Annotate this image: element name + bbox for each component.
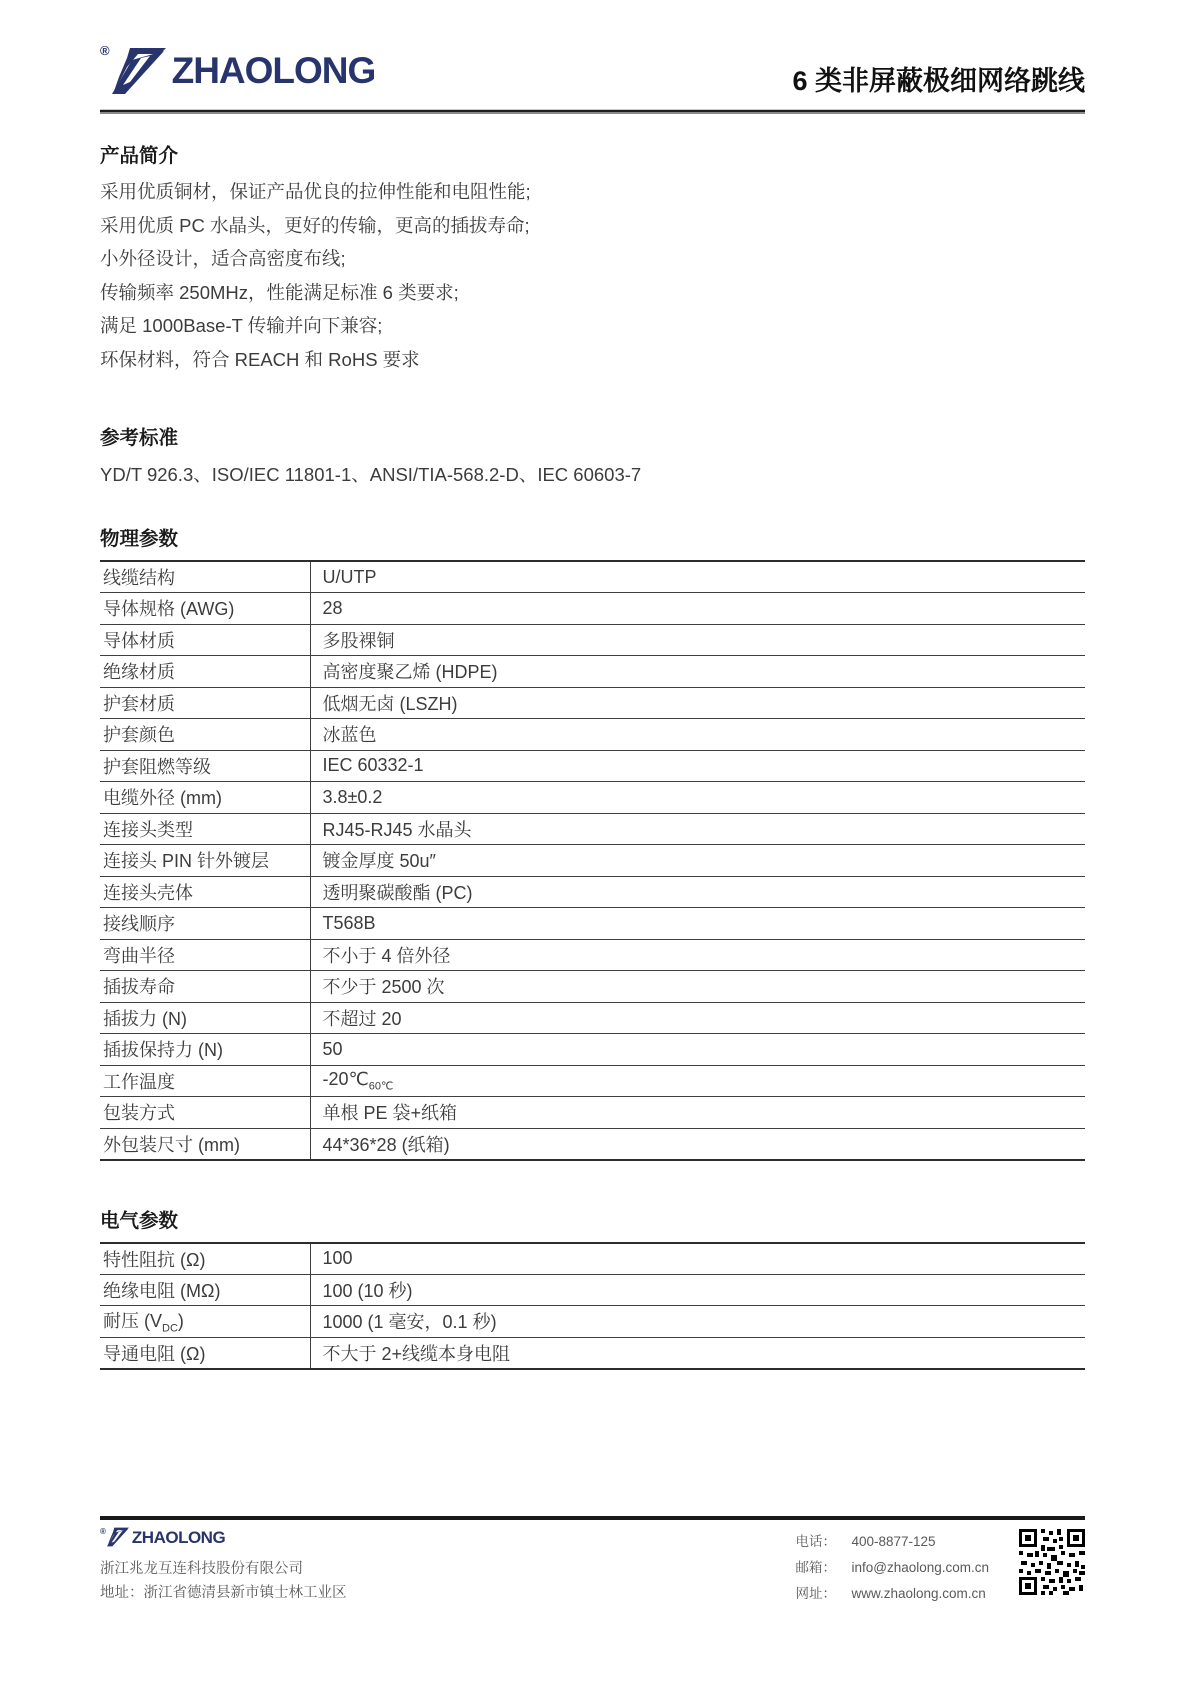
row-label: 护套阻燃等级: [100, 750, 310, 782]
table-row: 特性阻抗 (Ω)100: [100, 1243, 1085, 1275]
row-value: 50: [310, 1034, 1085, 1066]
row-label: 工作温度: [100, 1065, 310, 1097]
intro-line: 采用优质 PC 水晶头，更好的传输，更高的插拔寿命;: [100, 209, 1085, 243]
row-value: 高密度聚乙烯 (HDPE): [310, 656, 1085, 688]
row-label: 导通电阻 (Ω): [100, 1337, 310, 1369]
section-intro: 产品简介 采用优质铜材，保证产品优良的拉伸性能和电阻性能;采用优质 PC 水晶头…: [100, 140, 1085, 376]
intro-line: 传输频率 250MHz，性能满足标准 6 类要求;: [100, 276, 1085, 310]
intro-line: 小外径设计，适合高密度布线;: [100, 242, 1085, 276]
row-value: U/UTP: [310, 561, 1085, 593]
row-label: 连接头壳体: [100, 876, 310, 908]
standards-heading: 参考标准: [100, 422, 1085, 450]
qr-code-icon: [1019, 1529, 1085, 1600]
header-divider: [100, 109, 1085, 114]
row-value: 低烟无卤 (LSZH): [310, 687, 1085, 719]
footer-logo-wordmark: ZHAOLONG: [132, 1527, 225, 1549]
row-value: 1000 (1 毫安，0.1 秒): [310, 1306, 1085, 1338]
footer-zhaolong-logo: ® ZHAOLONG: [100, 1527, 620, 1551]
table-row: 弯曲半径不小于 4 倍外径: [100, 939, 1085, 971]
table-row: 绝缘电阻 (MΩ)100 (10 秒): [100, 1274, 1085, 1306]
logo-wordmark: ZHAOLONG: [172, 47, 376, 95]
row-value: RJ45-RJ45 水晶头: [310, 813, 1085, 845]
footer-contacts: 电话：400-8877-125邮箱：info@zhaolong.com.cn网址…: [795, 1529, 989, 1607]
row-label: 特性阻抗 (Ω): [100, 1243, 310, 1275]
row-value: 冰蓝色: [310, 719, 1085, 751]
row-label: 绝缘材质: [100, 656, 310, 688]
row-label: 弯曲半径: [100, 939, 310, 971]
footer-divider: [100, 1516, 1085, 1520]
row-value: 不小于 4 倍外径: [310, 939, 1085, 971]
contact-row: 电话：400-8877-125: [795, 1529, 989, 1555]
row-label: 包装方式: [100, 1097, 310, 1129]
row-value: 镀金厚度 50u″: [310, 845, 1085, 877]
section-standards: 参考标准 YD/T 926.3、ISO/IEC 11801-1、ANSI/TIA…: [100, 422, 1085, 491]
row-value: 不少于 2500 次: [310, 971, 1085, 1003]
section-electrical: 电气参数 特性阻抗 (Ω)100绝缘电阻 (MΩ)100 (10 秒)耐压 (V…: [100, 1205, 1085, 1370]
row-value: 多股裸铜: [310, 624, 1085, 656]
row-label: 绝缘电阻 (MΩ): [100, 1274, 310, 1306]
table-row: 导体规格 (AWG)28: [100, 593, 1085, 625]
row-label: 导体规格 (AWG): [100, 593, 310, 625]
contact-label: 电话：: [795, 1529, 841, 1555]
row-label: 护套颜色: [100, 719, 310, 751]
page-header: ® ZHAOLONG 6 类非屏蔽极细网络跳线: [100, 0, 1085, 100]
registered-trademark-icon: ®: [100, 43, 110, 58]
page-title: 6 类非屏蔽极细网络跳线: [792, 66, 1085, 100]
row-value: T568B: [310, 908, 1085, 940]
company-name: 浙江兆龙互连科技股份有限公司: [100, 1557, 620, 1581]
table-row: 连接头类型RJ45-RJ45 水晶头: [100, 813, 1085, 845]
electrical-parameters-table: 特性阻抗 (Ω)100绝缘电阻 (MΩ)100 (10 秒)耐压 (VDC)10…: [100, 1242, 1085, 1370]
row-label: 插拔保持力 (N): [100, 1034, 310, 1066]
table-row: 绝缘材质高密度聚乙烯 (HDPE): [100, 656, 1085, 688]
row-label: 连接头 PIN 针外镀层: [100, 845, 310, 877]
row-label: 线缆结构: [100, 561, 310, 593]
table-row: 插拔力 (N)不超过 20: [100, 1002, 1085, 1034]
intro-line: 满足 1000Base-T 传输并向下兼容;: [100, 309, 1085, 343]
row-label: 连接头类型: [100, 813, 310, 845]
table-row: 护套阻燃等级IEC 60332-1: [100, 750, 1085, 782]
table-row: 电缆外径 (mm)3.8±0.2: [100, 782, 1085, 814]
table-row: 插拔寿命不少于 2500 次: [100, 971, 1085, 1003]
intro-heading: 产品简介: [100, 140, 1085, 168]
datasheet-page: ® ZHAOLONG 6 类非屏蔽极细网络跳线 产品简介 采用优质铜材，保证产品…: [0, 0, 1190, 1683]
table-row: 护套材质低烟无卤 (LSZH): [100, 687, 1085, 719]
contact-value: www.zhaolong.com.cn: [851, 1581, 985, 1607]
contact-value: 400-8877-125: [851, 1529, 935, 1555]
zhaolong-logo-mark-icon: [107, 1527, 129, 1552]
table-row: 导通电阻 (Ω)不大于 2+线缆本身电阻: [100, 1337, 1085, 1369]
page-footer: ® ZHAOLONG 浙江兆龙互连科技股份有限公司 地址：浙江省德清县新市镇士林…: [100, 1527, 1085, 1607]
row-value: 不大于 2+线缆本身电阻: [310, 1337, 1085, 1369]
physical-parameters-table: 线缆结构U/UTP导体规格 (AWG)28导体材质多股裸铜绝缘材质高密度聚乙烯 …: [100, 560, 1085, 1161]
intro-line: 采用优质铜材，保证产品优良的拉伸性能和电阻性能;: [100, 175, 1085, 209]
table-row: 包装方式单根 PE 袋+纸箱: [100, 1097, 1085, 1129]
intro-line: 环保材料，符合 REACH 和 RoHS 要求: [100, 343, 1085, 377]
contact-label: 邮箱：: [795, 1555, 841, 1581]
physical-heading: 物理参数: [100, 523, 1085, 551]
table-row: 护套颜色冰蓝色: [100, 719, 1085, 751]
footer-company-block: ® ZHAOLONG 浙江兆龙互连科技股份有限公司 地址：浙江省德清县新市镇士林…: [100, 1527, 620, 1605]
table-row: 线缆结构U/UTP: [100, 561, 1085, 593]
contact-value: info@zhaolong.com.cn: [851, 1555, 989, 1581]
row-value: 44*36*28 (纸箱): [310, 1128, 1085, 1160]
contact-row: 网址：www.zhaolong.com.cn: [795, 1581, 989, 1607]
electrical-table-body: 特性阻抗 (Ω)100绝缘电阻 (MΩ)100 (10 秒)耐压 (VDC)10…: [100, 1243, 1085, 1369]
row-value: 100: [310, 1243, 1085, 1275]
table-row: 工作温度-20℃60℃: [100, 1065, 1085, 1097]
zhaolong-logo-mark-icon: [112, 47, 166, 100]
table-row: 插拔保持力 (N)50: [100, 1034, 1085, 1066]
row-value: 透明聚碳酸酯 (PC): [310, 876, 1085, 908]
row-value: IEC 60332-1: [310, 750, 1085, 782]
row-label: 插拔寿命: [100, 971, 310, 1003]
table-row: 连接头壳体透明聚碳酸酯 (PC): [100, 876, 1085, 908]
section-physical: 物理参数 线缆结构U/UTP导体规格 (AWG)28导体材质多股裸铜绝缘材质高密…: [100, 523, 1085, 1161]
row-label: 导体材质: [100, 624, 310, 656]
row-label: 耐压 (VDC): [100, 1306, 310, 1338]
intro-lines: 采用优质铜材，保证产品优良的拉伸性能和电阻性能;采用优质 PC 水晶头，更好的传…: [100, 175, 1085, 376]
contact-label: 网址：: [795, 1581, 841, 1607]
row-value: 100 (10 秒): [310, 1274, 1085, 1306]
row-label: 护套材质: [100, 687, 310, 719]
row-value: 不超过 20: [310, 1002, 1085, 1034]
table-row: 连接头 PIN 针外镀层镀金厚度 50u″: [100, 845, 1085, 877]
row-label: 电缆外径 (mm): [100, 782, 310, 814]
table-row: 耐压 (VDC)1000 (1 毫安，0.1 秒): [100, 1306, 1085, 1338]
registered-trademark-icon: ®: [100, 1527, 106, 1536]
row-value: 单根 PE 袋+纸箱: [310, 1097, 1085, 1129]
row-label: 外包装尺寸 (mm): [100, 1128, 310, 1160]
row-value: 28: [310, 593, 1085, 625]
zhaolong-logo: ® ZHAOLONG: [100, 47, 375, 100]
row-label: 插拔力 (N): [100, 1002, 310, 1034]
row-value: -20℃60℃: [310, 1065, 1085, 1097]
row-label: 接线顺序: [100, 908, 310, 940]
standards-text: YD/T 926.3、ISO/IEC 11801-1、ANSI/TIA-568.…: [100, 459, 1085, 491]
contact-row: 邮箱：info@zhaolong.com.cn: [795, 1555, 989, 1581]
company-address: 地址：浙江省德清县新市镇士林工业区: [100, 1581, 620, 1605]
electrical-heading: 电气参数: [100, 1205, 1085, 1233]
physical-table-body: 线缆结构U/UTP导体规格 (AWG)28导体材质多股裸铜绝缘材质高密度聚乙烯 …: [100, 561, 1085, 1160]
table-row: 接线顺序T568B: [100, 908, 1085, 940]
row-value: 3.8±0.2: [310, 782, 1085, 814]
table-row: 导体材质多股裸铜: [100, 624, 1085, 656]
table-row: 外包装尺寸 (mm)44*36*28 (纸箱): [100, 1128, 1085, 1160]
